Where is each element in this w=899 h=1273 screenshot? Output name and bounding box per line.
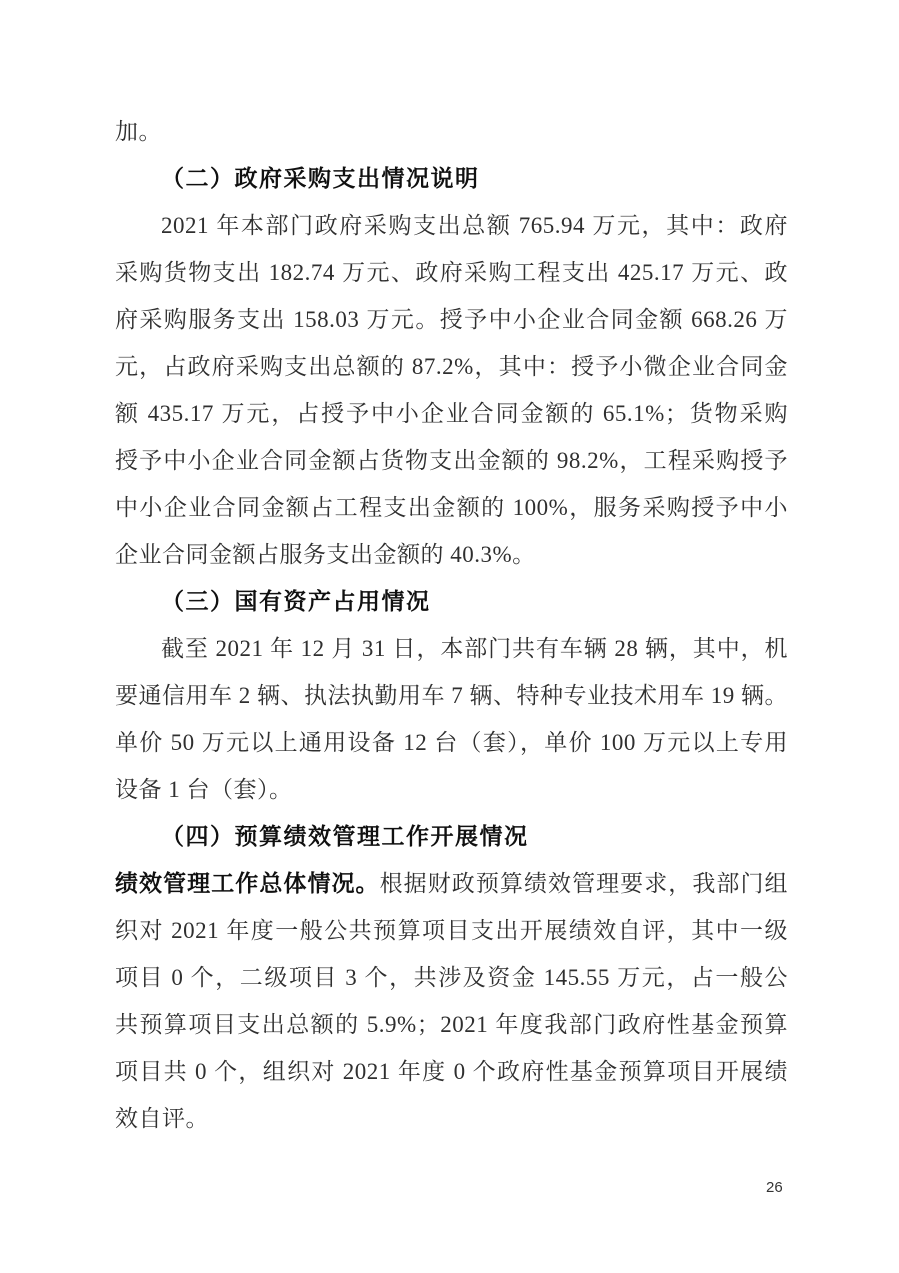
text-segment: 2021 年本部门政府采购支出总额 765.94 万元，其中：政府 <box>161 213 788 238</box>
bold-text-segment: （三）国有资产占用情况 <box>161 589 431 614</box>
para-assets-line-4: 设备 1 台（套）。 <box>115 766 788 813</box>
text-segment: 设备 1 台（套）。 <box>115 777 293 802</box>
para-procurement-line-5: 额 435.17 万元，占授予中小企业合同金额的 65.1%；货物采购 <box>115 390 788 437</box>
text-segment: 项目 0 个，二级项目 3 个，共涉及资金 145.55 万元，占一般公 <box>115 965 788 990</box>
para-procurement-line-6: 授予中小企业合同金额占货物支出金额的 98.2%，工程采购授予 <box>115 437 788 484</box>
para-procurement-line-7: 中小企业合同金额占工程支出金额的 100%，服务采购授予中小 <box>115 484 788 531</box>
text-segment: 府采购服务支出 158.03 万元。授予中小企业合同金额 668.26 万 <box>115 307 788 332</box>
para-procurement-line-3: 府采购服务支出 158.03 万元。授予中小企业合同金额 668.26 万 <box>115 296 788 343</box>
text-segment: 企业合同金额占服务支出金额的 40.3%。 <box>115 542 536 567</box>
bold-text-segment: 绩效管理工作总体情况。 <box>115 871 380 896</box>
para-assets-line-2: 要通信用车 2 辆、执法执勤用车 7 辆、特种专业技术用车 19 辆。 <box>115 672 788 719</box>
para-procurement-line-4: 元，占政府采购支出总额的 87.2%，其中：授予小微企业合同金 <box>115 343 788 390</box>
text-segment: 元，占政府采购支出总额的 87.2%，其中：授予小微企业合同金 <box>115 354 788 379</box>
text-segment: 中小企业合同金额占工程支出金额的 100%，服务采购授予中小 <box>115 495 788 520</box>
para-performance-line-4: 共预算项目支出总额的 5.9%；2021 年度我部门政府性基金预算 <box>115 1001 788 1048</box>
text-segment: 授予中小企业合同金额占货物支出金额的 98.2%，工程采购授予 <box>115 448 788 473</box>
heading-section-4: （四）预算绩效管理工作开展情况 <box>115 813 788 860</box>
para-assets-line-1: 截至 2021 年 12 月 31 日，本部门共有车辆 28 辆，其中，机 <box>115 625 788 672</box>
para-performance-line-2: 织对 2021 年度一般公共预算项目支出开展绩效自评，其中一级 <box>115 907 788 954</box>
text-segment: 截至 2021 年 12 月 31 日，本部门共有车辆 28 辆，其中，机 <box>161 636 788 661</box>
text-segment: 采购货物支出 182.74 万元、政府采购工程支出 425.17 万元、政 <box>115 260 788 285</box>
text-segment: 项目共 0 个，组织对 2021 年度 0 个政府性基金预算项目开展绩 <box>115 1059 788 1084</box>
text-segment: 加。 <box>115 119 162 144</box>
document-page: 加。（二）政府采购支出情况说明2021 年本部门政府采购支出总额 765.94 … <box>0 0 899 1273</box>
text-segment: 根据财政预算绩效管理要求，我部门组 <box>380 871 788 896</box>
bold-text-segment: （二）政府采购支出情况说明 <box>161 166 480 191</box>
para-performance-line-5: 项目共 0 个，组织对 2021 年度 0 个政府性基金预算项目开展绩 <box>115 1048 788 1095</box>
text-segment: 织对 2021 年度一般公共预算项目支出开展绩效自评，其中一级 <box>115 918 788 943</box>
para-performance-line-3: 项目 0 个，二级项目 3 个，共涉及资金 145.55 万元，占一般公 <box>115 954 788 1001</box>
text-segment: 要通信用车 2 辆、执法执勤用车 7 辆、特种专业技术用车 19 辆。 <box>115 683 788 708</box>
heading-section-2: （二）政府采购支出情况说明 <box>115 155 788 202</box>
bold-text-segment: （四）预算绩效管理工作开展情况 <box>161 824 529 849</box>
para-procurement-line-8: 企业合同金额占服务支出金额的 40.3%。 <box>115 531 788 578</box>
para-performance-line-1: 绩效管理工作总体情况。根据财政预算绩效管理要求，我部门组 <box>115 860 788 907</box>
text-segment: 单价 50 万元以上通用设备 12 台（套），单价 100 万元以上专用 <box>115 730 788 755</box>
para-performance-line-6: 效自评。 <box>115 1095 788 1142</box>
document-body: 加。（二）政府采购支出情况说明2021 年本部门政府采购支出总额 765.94 … <box>115 108 788 1142</box>
text-segment: 效自评。 <box>115 1106 209 1131</box>
heading-section-3: （三）国有资产占用情况 <box>115 578 788 625</box>
text-segment: 共预算项目支出总额的 5.9%；2021 年度我部门政府性基金预算 <box>115 1012 788 1037</box>
para-carryover-tail-line: 加。 <box>115 108 788 155</box>
page-number: 26 <box>766 1178 783 1198</box>
text-segment: 额 435.17 万元，占授予中小企业合同金额的 65.1%；货物采购 <box>115 401 788 426</box>
para-procurement-line-1: 2021 年本部门政府采购支出总额 765.94 万元，其中：政府 <box>115 202 788 249</box>
para-assets-line-3: 单价 50 万元以上通用设备 12 台（套），单价 100 万元以上专用 <box>115 719 788 766</box>
para-procurement-line-2: 采购货物支出 182.74 万元、政府采购工程支出 425.17 万元、政 <box>115 249 788 296</box>
